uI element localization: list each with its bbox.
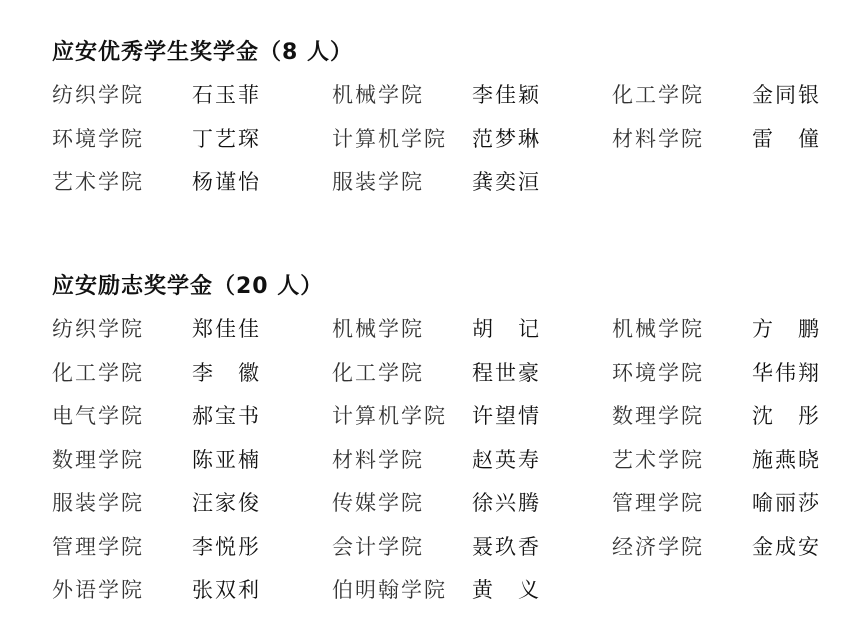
student-name: 李佳颖 bbox=[472, 80, 541, 110]
college-name: 机械学院 bbox=[332, 314, 424, 344]
list-row: 服装学院 汪家俊 传媒学院 徐兴腾 管理学院 喻丽莎 bbox=[52, 488, 852, 532]
college-name: 经济学院 bbox=[612, 532, 704, 562]
college-name: 数理学院 bbox=[52, 445, 144, 475]
student-name: 雷 僮 bbox=[752, 124, 821, 154]
student-name: 丁艺琛 bbox=[192, 124, 261, 154]
college-name: 材料学院 bbox=[332, 445, 424, 475]
student-name: 范梦琳 bbox=[472, 124, 541, 154]
college-name: 纺织学院 bbox=[52, 80, 144, 110]
college-name: 机械学院 bbox=[332, 80, 424, 110]
student-name: 喻丽莎 bbox=[752, 488, 821, 518]
college-name: 机械学院 bbox=[612, 314, 704, 344]
student-name: 汪家俊 bbox=[192, 488, 261, 518]
student-name: 郝宝书 bbox=[192, 401, 261, 431]
student-name: 聂玖香 bbox=[472, 532, 541, 562]
college-name: 服装学院 bbox=[52, 488, 144, 518]
student-name: 徐兴腾 bbox=[472, 488, 541, 518]
list-row: 电气学院 郝宝书 计算机学院 许望情 数理学院 沈 彤 bbox=[52, 401, 852, 445]
student-name: 金成安 bbox=[752, 532, 821, 562]
college-name: 艺术学院 bbox=[52, 167, 144, 197]
list-row: 数理学院 陈亚楠 材料学院 赵英寿 艺术学院 施燕晓 bbox=[52, 445, 852, 489]
college-name: 会计学院 bbox=[332, 532, 424, 562]
student-name: 许望情 bbox=[472, 401, 541, 431]
student-name: 胡 记 bbox=[472, 314, 541, 344]
college-name: 电气学院 bbox=[52, 401, 144, 431]
student-name: 龚奕洹 bbox=[472, 167, 541, 197]
college-name: 外语学院 bbox=[52, 575, 144, 605]
student-name: 程世豪 bbox=[472, 358, 541, 388]
college-name: 计算机学院 bbox=[332, 401, 447, 431]
college-name: 管理学院 bbox=[52, 532, 144, 562]
student-name: 陈亚楠 bbox=[192, 445, 261, 475]
college-name: 计算机学院 bbox=[332, 124, 447, 154]
list-row: 环境学院 丁艺琛 计算机学院 范梦琳 材料学院 雷 僮 bbox=[52, 124, 852, 168]
section-title: 应安优秀学生奖学金（8 人） bbox=[52, 38, 852, 68]
student-name: 赵英寿 bbox=[472, 445, 541, 475]
list-row: 外语学院 张双利 伯明翰学院 黄 义 bbox=[52, 575, 852, 619]
student-name: 方 鹏 bbox=[752, 314, 821, 344]
college-name: 管理学院 bbox=[612, 488, 704, 518]
student-name: 金同银 bbox=[752, 80, 821, 110]
college-name: 伯明翰学院 bbox=[332, 575, 447, 605]
student-name: 黄 义 bbox=[472, 575, 541, 605]
college-name: 艺术学院 bbox=[612, 445, 704, 475]
college-name: 纺织学院 bbox=[52, 314, 144, 344]
student-name: 郑佳佳 bbox=[192, 314, 261, 344]
student-name: 杨谨怡 bbox=[192, 167, 261, 197]
college-name: 环境学院 bbox=[612, 358, 704, 388]
list-row: 纺织学院 郑佳佳 机械学院 胡 记 机械学院 方 鹏 bbox=[52, 314, 852, 358]
student-name: 张双利 bbox=[192, 575, 261, 605]
section-title: 应安励志奖学金（20 人） bbox=[52, 272, 852, 302]
college-name: 环境学院 bbox=[52, 124, 144, 154]
student-name: 石玉菲 bbox=[192, 80, 261, 110]
recipient-list: 纺织学院 石玉菲 机械学院 李佳颖 化工学院 金同银 环境学院 丁艺琛 计算机学… bbox=[52, 80, 852, 211]
section-aspiration-scholarship: 应安励志奖学金（20 人） 纺织学院 郑佳佳 机械学院 胡 记 机械学院 方 鹏… bbox=[52, 272, 852, 619]
list-row: 管理学院 李悦彤 会计学院 聂玖香 经济学院 金成安 bbox=[52, 532, 852, 576]
section-excellence-scholarship: 应安优秀学生奖学金（8 人） 纺织学院 石玉菲 机械学院 李佳颖 化工学院 金同… bbox=[52, 38, 852, 211]
college-name: 化工学院 bbox=[332, 358, 424, 388]
college-name: 材料学院 bbox=[612, 124, 704, 154]
student-name: 华伟翔 bbox=[752, 358, 821, 388]
student-name: 沈 彤 bbox=[752, 401, 821, 431]
list-row: 化工学院 李 徽 化工学院 程世豪 环境学院 华伟翔 bbox=[52, 358, 852, 402]
college-name: 化工学院 bbox=[612, 80, 704, 110]
college-name: 化工学院 bbox=[52, 358, 144, 388]
student-name: 施燕晓 bbox=[752, 445, 821, 475]
list-row: 艺术学院 杨谨怡 服装学院 龚奕洹 bbox=[52, 167, 852, 211]
recipient-list: 纺织学院 郑佳佳 机械学院 胡 记 机械学院 方 鹏 化工学院 李 徽 化工学院… bbox=[52, 314, 852, 619]
student-name: 李悦彤 bbox=[192, 532, 261, 562]
college-name: 数理学院 bbox=[612, 401, 704, 431]
college-name: 服装学院 bbox=[332, 167, 424, 197]
student-name: 李 徽 bbox=[192, 358, 261, 388]
college-name: 传媒学院 bbox=[332, 488, 424, 518]
list-row: 纺织学院 石玉菲 机械学院 李佳颖 化工学院 金同银 bbox=[52, 80, 852, 124]
